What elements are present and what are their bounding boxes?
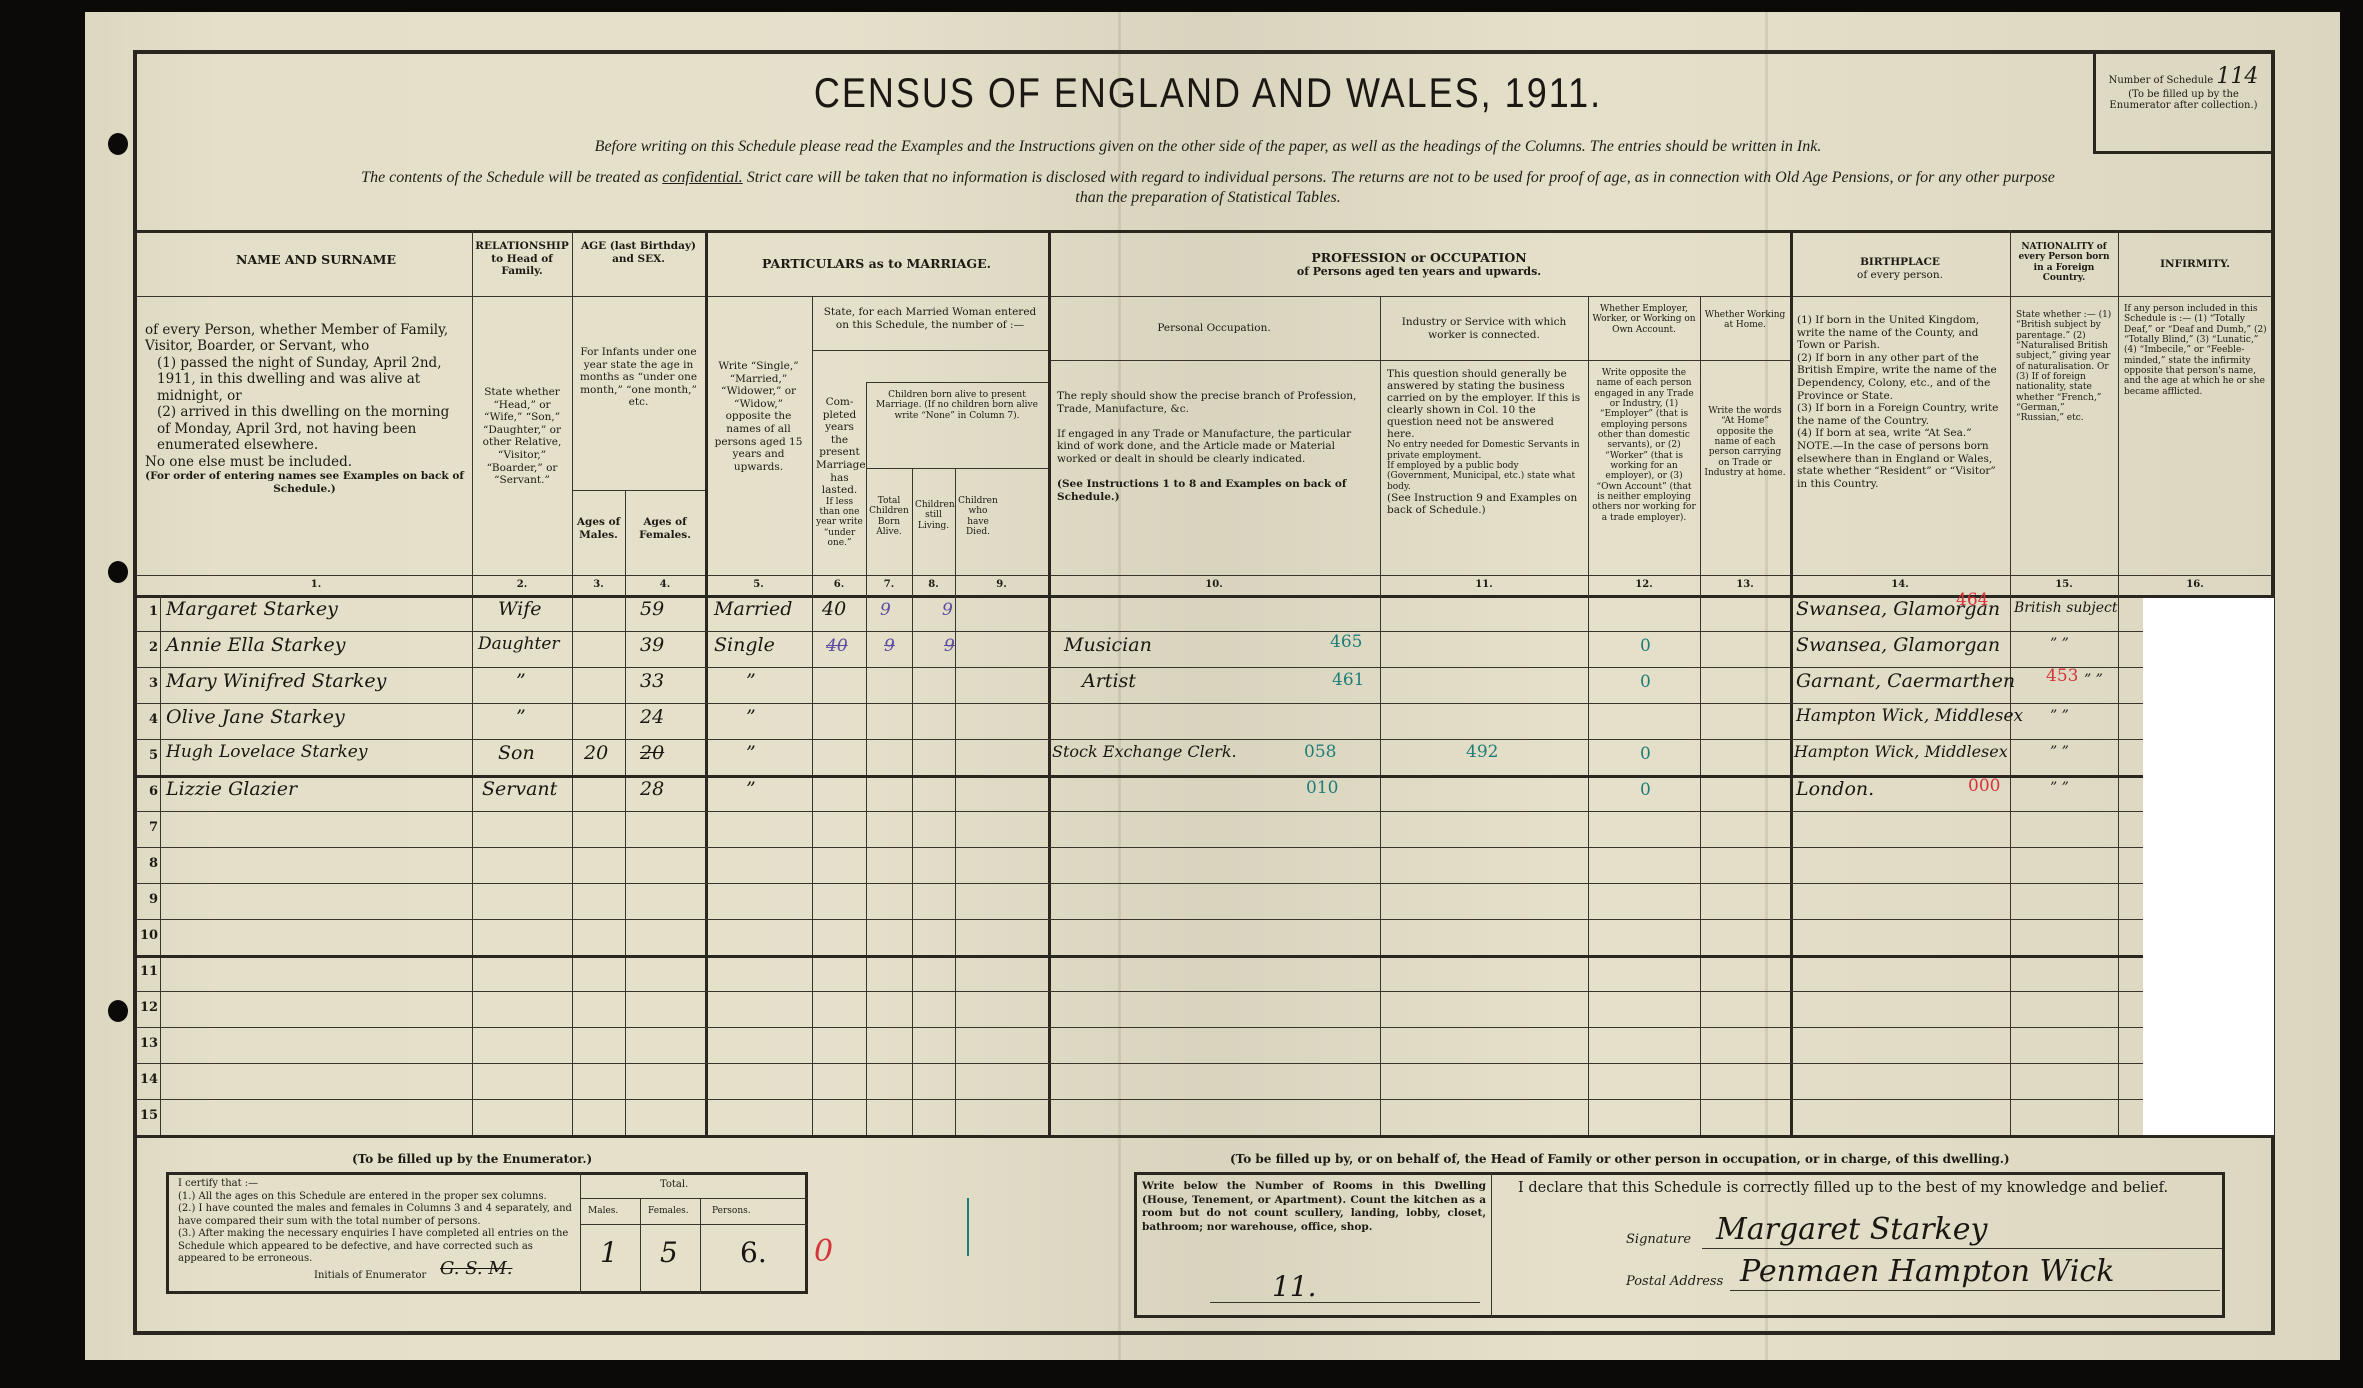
cell-industry-code: 492 — [1466, 742, 1498, 762]
cell-birthplace: Hampton Wick, Middlesex — [1796, 706, 2023, 726]
cell-condition: ” — [746, 778, 756, 800]
totals-rule — [580, 1198, 808, 1199]
heading-industry: Industry or Service with which worker is… — [1380, 312, 1588, 345]
row-number: 15 — [140, 1108, 158, 1123]
row-rule — [136, 1099, 2272, 1100]
row-number: 12 — [140, 1000, 158, 1015]
total-persons: 6. — [740, 1236, 767, 1269]
heading-total-born: Total Children Born Alive. — [866, 492, 912, 541]
redacted-infirmity-column — [2143, 598, 2274, 1135]
postal-address-label: Postal Address — [1626, 1274, 1723, 1289]
row-number: 1 — [140, 604, 158, 619]
bp-instr-1: (1) If born in the United Kingdom, write… — [1797, 314, 2005, 352]
signature-label: Signature — [1626, 1232, 1691, 1247]
colnum-13: 13. — [1700, 579, 1790, 590]
header-rule — [136, 296, 2272, 297]
row-number: 10 — [140, 928, 158, 943]
married-woman-rule — [812, 350, 1048, 351]
cell-relationship: ” — [516, 706, 526, 728]
colnum-11: 11. — [1380, 579, 1588, 590]
cell-occupation: Stock Exchange Clerk. — [1052, 742, 1237, 761]
years-heading: Com-pleted years the present Marriage ha… — [816, 396, 863, 497]
children-sub-rule — [866, 468, 1048, 469]
colnum-14: 14. — [1790, 579, 2010, 590]
confidential-notice: The contents of the Schedule will be tre… — [137, 169, 2279, 187]
heading-marriage: PARTICULARS as to MARRIAGE. — [705, 252, 1048, 275]
instructions-name: of every Person, whether Member of Famil… — [142, 318, 467, 500]
totals-divider — [700, 1198, 701, 1294]
row-number: 8 — [140, 856, 158, 871]
colnum-7: 7. — [866, 579, 912, 590]
confidential-word: confidential. — [662, 169, 742, 186]
certify-item-3: (3.) After making the necessary enquirie… — [178, 1228, 578, 1266]
col-divider — [472, 230, 473, 1135]
name-instr-1: of every Person, whether Member of Famil… — [145, 322, 464, 355]
name-instr-4: No one else must be included. — [145, 454, 464, 470]
col-divider — [1790, 230, 1793, 1135]
industry-instr-1: This question should generally be answer… — [1387, 368, 1583, 440]
colnum-12: 12. — [1588, 579, 1700, 590]
heading-personal-occupation: Personal Occupation. — [1048, 318, 1380, 339]
instructions-employer: Write opposite the name of each person e… — [1589, 364, 1699, 527]
cell-birthplace: Garnant, Caermarthen — [1796, 670, 2015, 692]
instructions-industry: This question should generally be answer… — [1384, 364, 1586, 520]
heading-relationship: RELATIONSHIP to Head of Family. — [472, 236, 572, 282]
row-rule — [136, 883, 2272, 884]
occupation-subheading: of Persons aged ten years and upwards. — [1051, 265, 1787, 278]
row-number: 13 — [140, 1036, 158, 1051]
certify-label: I certify that :— — [178, 1178, 578, 1191]
cell-relationship: Servant — [482, 778, 557, 800]
cell-condition: Married — [714, 598, 792, 620]
cell-occupation-code: 461 — [1332, 670, 1364, 690]
row-number: 5 — [140, 748, 158, 763]
punch-hole — [108, 1000, 128, 1022]
birthplace-subheading: of every person. — [1793, 269, 2007, 282]
total-females: 5 — [660, 1236, 678, 1269]
confidential-rest: Strict care will be taken that no inform… — [743, 169, 2055, 186]
certify-item-1: (1.) All the ages on this Schedule are e… — [178, 1191, 578, 1204]
totals-divider — [580, 1172, 581, 1294]
instructions-infirmity: If any person included in this Schedule … — [2121, 300, 2271, 401]
householder-heading: (To be filled up by, or on behalf of, th… — [1230, 1152, 2010, 1166]
row-rule — [136, 919, 2272, 920]
certify-item-2: (2.) I have counted the males and female… — [178, 1203, 578, 1228]
heading-years-married: Com-pleted years the present Marriage ha… — [813, 392, 866, 552]
instructions-home: Write the words “At Home” opposite the n… — [1701, 402, 1789, 482]
signature-value: Margaret Starkey — [1716, 1212, 1987, 1247]
row-rule — [136, 847, 2272, 848]
schedule-frame: CENSUS OF ENGLAND AND WALES, 1911. Befor… — [133, 50, 2275, 1335]
row-number: 7 — [140, 820, 158, 835]
total-males: 1 — [600, 1236, 618, 1269]
cell-employer: 0 — [1640, 744, 1651, 764]
col-divider — [955, 468, 956, 1135]
heading-age: AGE (last Birthday) and SEX. — [572, 236, 705, 269]
rooms-count: 11. — [1272, 1270, 1317, 1303]
signature-rule — [1702, 1248, 2222, 1249]
enumerator-heading: (To be filled up by the Enumerator.) — [352, 1152, 592, 1166]
row-rule — [136, 739, 2272, 740]
cell-children-born-struck: 9 — [884, 636, 895, 656]
postal-address-rule — [1730, 1290, 2220, 1291]
cell-name: Olive Jane Starkey — [166, 706, 345, 728]
colnum-15: 15. — [2010, 579, 2118, 590]
ink-instruction: Before writing on this Schedule please r… — [137, 138, 2279, 156]
cell-age-female: 33 — [640, 670, 664, 692]
name-instr-3: (2) arrived in this dwelling on the morn… — [145, 404, 464, 453]
declaration-text: I declare that this Schedule is correctl… — [1518, 1180, 2168, 1196]
cell-age-female-struck: 20 — [640, 742, 664, 764]
bp-instr-3: (3) If born in a Foreign Country, write … — [1797, 402, 2005, 427]
cell-nationality: ” ” — [2050, 780, 2069, 796]
cell-years-married-struck: 40 — [826, 636, 848, 656]
row-rule — [136, 703, 2272, 704]
cell-birthplace: London. — [1796, 778, 1874, 800]
cell-age-female: 28 — [640, 778, 664, 800]
totals-rule — [580, 1224, 808, 1225]
instructions-nationality: State whether :— (1) “British subject by… — [2013, 306, 2117, 428]
cell-condition: ” — [746, 706, 756, 728]
total-label: Total. — [660, 1179, 688, 1190]
colnum-2: 2. — [472, 579, 572, 590]
cell-occupation: Musician — [1064, 634, 1152, 656]
occupation-heading: PROFESSION or OCCUPATION — [1051, 250, 1787, 265]
colnum-9: 9. — [955, 579, 1048, 590]
cell-birthplace-code: 000 — [1968, 776, 2000, 796]
col-divider — [572, 230, 573, 1135]
name-instr-2: (1) passed the night of Sunday, April 2n… — [145, 355, 464, 404]
heading-children: Children born alive to present Marriage.… — [867, 386, 1047, 425]
years-note: If less than one year write “under one.” — [816, 497, 863, 549]
row-number: 3 — [140, 676, 158, 691]
rooms-rule — [1210, 1302, 1480, 1303]
rooms-instructions: Write below the Number of Rooms in this … — [1142, 1180, 1486, 1235]
row-rule — [136, 631, 2272, 632]
totals-divider — [640, 1198, 641, 1294]
cell-children-living-struck: 9 — [944, 636, 955, 656]
cell-employer: 0 — [1640, 780, 1651, 800]
rownum-divider — [160, 595, 161, 1135]
heading-have-died: Children who have Died. — [955, 492, 1001, 541]
occ-instr-1: The reply should show the precise branch… — [1057, 390, 1373, 415]
cell-condition: Single — [714, 634, 775, 656]
colnum-16: 16. — [2118, 579, 2272, 590]
heading-age-males: Ages of Males. — [572, 512, 625, 545]
cell-occupation: Artist — [1082, 670, 1136, 692]
name-instr-5: (For order of entering names see Example… — [145, 470, 464, 496]
schedule-number-box: Number of Schedule 114 (To be filled up … — [2093, 54, 2271, 154]
instructions-birthplace: (1) If born in the United Kingdom, write… — [1794, 310, 2008, 494]
cell-nationality: ” ” — [2050, 744, 2069, 760]
cell-relationship: Daughter — [478, 634, 560, 654]
col-divider — [1048, 230, 1051, 1135]
heading-age-females: Ages of Females. — [625, 512, 705, 545]
cell-years-married: 40 — [822, 598, 846, 620]
cell-relationship: Wife — [498, 598, 542, 620]
cell-employer: 0 — [1640, 636, 1651, 656]
heading-home: Whether Working at Home. — [1701, 306, 1789, 335]
children-rule — [866, 382, 1048, 383]
row-rule — [136, 811, 2272, 812]
cell-age-male: 20 — [584, 742, 608, 764]
row-number: 6 — [140, 784, 158, 799]
schedule-number-label: Number of Schedule — [2109, 75, 2214, 86]
confidential-prefix: The contents of the Schedule will be tre… — [361, 169, 662, 186]
colnum-4: 4. — [625, 579, 705, 590]
schedule-number-note: (To be filled up by the Enumerator after… — [2104, 89, 2263, 111]
heading-still-living: Children still Living. — [912, 496, 955, 535]
occ-instr-3: (See Instructions 1 to 8 and Examples on… — [1057, 478, 1373, 503]
cell-birthplace-code: 453 — [2046, 666, 2078, 686]
table-top-rule — [136, 230, 2272, 233]
cell-children-living: 9 — [942, 600, 953, 620]
punch-hole — [108, 133, 128, 155]
row-number: 9 — [140, 892, 158, 907]
cell-nationality: British subject — [2014, 600, 2117, 616]
instructions-personal-occupation: The reply should show the precise branch… — [1054, 386, 1376, 507]
females-label: Females. — [648, 1206, 689, 1216]
row-rule — [136, 775, 2272, 778]
col-divider — [1380, 296, 1381, 1135]
heading-infirmity: INFIRMITY. — [2118, 254, 2272, 275]
heading-occupation: PROFESSION or OCCUPATIONof Persons aged … — [1048, 246, 1790, 282]
industry-instr-4: (See Instruction 9 and Examples on back … — [1387, 492, 1583, 516]
instructions-condition: Write “Single,” “Married,” “Widower,” or… — [707, 356, 810, 477]
cell-name: Annie Ella Starkey — [166, 634, 346, 656]
cell-nationality: ” ” — [2050, 708, 2069, 724]
confidential-notice-2: than the preparation of Statistical Tabl… — [137, 189, 2279, 207]
cell-age-female: 39 — [640, 634, 664, 656]
row-number: 4 — [140, 712, 158, 727]
initials-label: Initials of Enumerator — [314, 1270, 426, 1281]
cell-nationality: ” ” — [2084, 672, 2103, 688]
row-rule — [136, 955, 2272, 958]
colnum-1: 1. — [160, 579, 472, 590]
heading-birthplace: BIRTHPLACEof every person. — [1790, 252, 2010, 285]
colnum-5: 5. — [705, 579, 812, 590]
cell-occupation-code: 465 — [1330, 632, 1362, 652]
row-rule — [136, 991, 2272, 992]
occ-instr-2: If engaged in any Trade or Manufacture, … — [1057, 428, 1373, 466]
row-number: 11 — [140, 964, 158, 979]
heading-nationality: NATIONALITY of every Person born in a Fo… — [2010, 238, 2118, 287]
row-number: 2 — [140, 640, 158, 655]
cell-name: Margaret Starkey — [166, 598, 338, 620]
cell-birthplace: Swansea, Glamorgan — [1796, 634, 2000, 656]
cell-name: Lizzie Glazier — [166, 778, 297, 800]
schedule-number-value: 114 — [2216, 64, 2258, 89]
instructions-married-woman: State, for each Married Woman entered on… — [814, 302, 1046, 335]
persons-label: Persons. — [712, 1206, 751, 1216]
industry-instr-2: No entry needed for Domestic Servants in… — [1387, 440, 1583, 461]
colnum-10: 10. — [1048, 579, 1380, 590]
age-sub-rule — [572, 490, 705, 491]
postal-address-value: Penmaen Hampton Wick — [1740, 1254, 2114, 1289]
row-number: 14 — [140, 1072, 158, 1087]
cell-children-born: 9 — [880, 600, 891, 620]
males-label: Males. — [588, 1206, 618, 1216]
cell-age-female: 24 — [640, 706, 664, 728]
instructions-relationship: State whether “Head,” or “Wife,” “Son,” … — [474, 382, 570, 491]
cell-occupation-code: 010 — [1306, 778, 1338, 798]
initials-value: G. S. M. — [440, 1258, 512, 1279]
cell-name: Mary Winifred Starkey — [166, 670, 386, 692]
cell-nationality: ” ” — [2050, 636, 2069, 652]
cell-birthplace: Hampton Wick, Middlesex — [1794, 742, 2008, 761]
industry-instr-3: If employed by a public body (Government… — [1387, 461, 1583, 492]
bp-instr-4: (4) If born at sea, write “At Sea.” — [1797, 427, 2005, 440]
row-rule — [136, 1063, 2272, 1064]
cell-occupation-code: 058 — [1304, 742, 1336, 762]
occupation-sub-rule — [1048, 360, 1790, 361]
cell-relationship: Son — [498, 742, 535, 764]
page-title: CENSUS OF ENGLAND AND WALES, 1911. — [137, 69, 2279, 117]
colnum-6: 6. — [812, 579, 866, 590]
enumerator-certification: I certify that :— (1.) All the ages on t… — [178, 1178, 578, 1266]
cell-condition: ” — [746, 742, 756, 764]
birthplace-heading: BIRTHPLACE — [1793, 256, 2007, 269]
cell-employer: 0 — [1640, 672, 1651, 692]
householder-divider — [1491, 1172, 1492, 1318]
heading-employer: Whether Employer, Worker, or Working on … — [1589, 300, 1699, 339]
colnum-8: 8. — [912, 579, 955, 590]
bp-instr-2: (2) If born in any other part of the Bri… — [1797, 352, 2005, 402]
bp-note: NOTE.—In the case of persons born elsewh… — [1797, 440, 2005, 490]
instruction-rule — [136, 575, 2272, 576]
col-divider — [2118, 230, 2119, 1135]
col-divider — [912, 468, 913, 1135]
teal-mark — [967, 1198, 969, 1256]
row-rule — [136, 667, 2272, 668]
cell-condition: ” — [746, 670, 756, 692]
cell-age-female: 59 — [640, 598, 664, 620]
row-rule — [136, 1027, 2272, 1028]
table-bottom-rule — [136, 1135, 2272, 1138]
punch-hole — [108, 561, 128, 583]
cell-name: Hugh Lovelace Starkey — [166, 742, 367, 762]
cell-birthplace-code: 464 — [1956, 590, 1988, 610]
red-check-mark: 0 — [814, 1234, 833, 1269]
cell-relationship: ” — [516, 670, 526, 692]
heading-name: NAME AND SURNAME — [160, 248, 472, 271]
instructions-age: For Infants under one year state the age… — [574, 342, 703, 413]
colnum-3: 3. — [572, 579, 625, 590]
